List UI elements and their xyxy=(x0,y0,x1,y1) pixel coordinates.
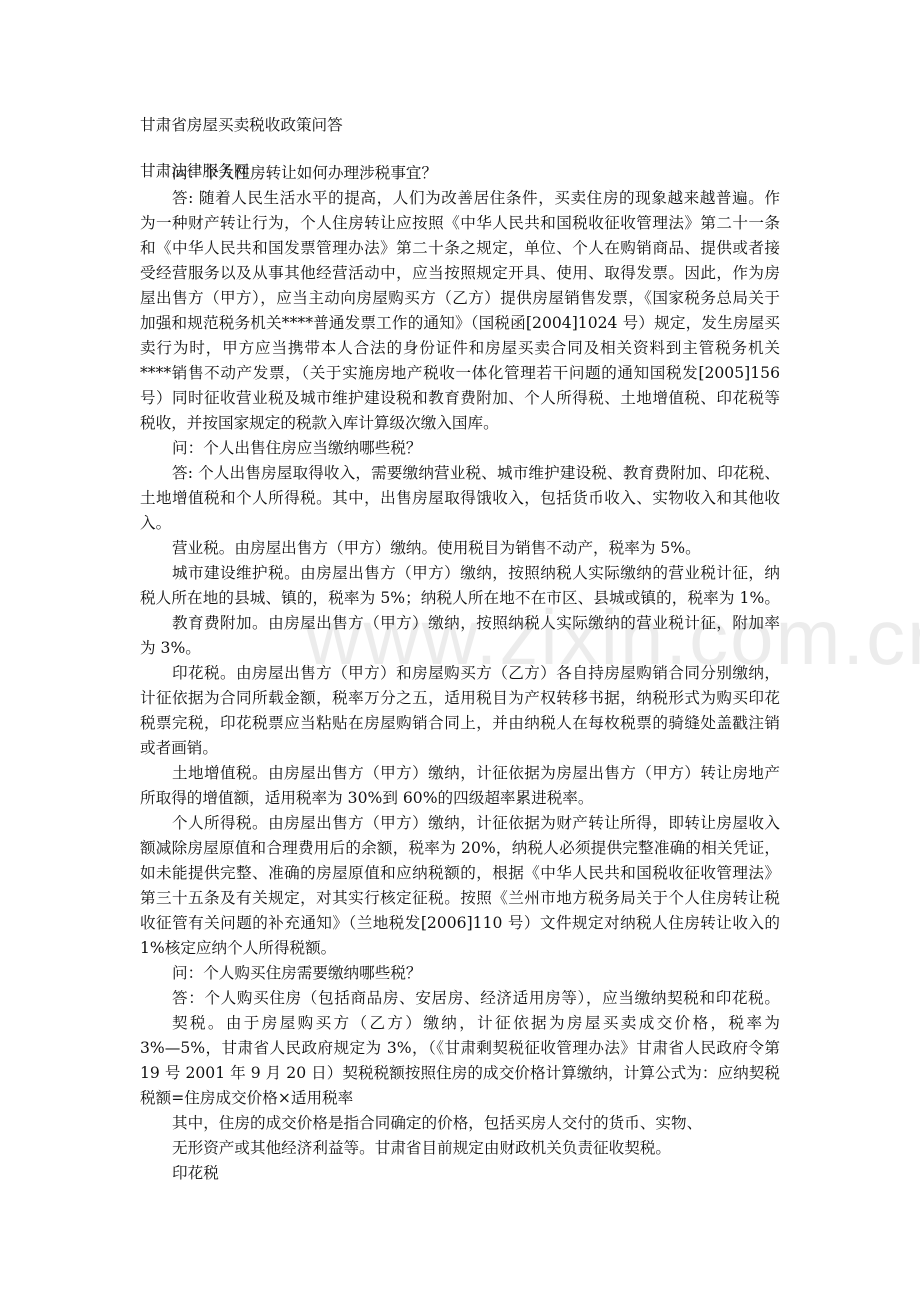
paragraph-line: 其中，住房的成交价格是指合同确定的价格，包括买房人交付的货币、实物、 xyxy=(172,1113,702,1133)
document-title: 甘肃省房屋买卖税收政策问答 xyxy=(140,115,343,135)
paragraph-line: 税票完税，印花税票应当粘贴在房屋购销合同上，并由纳税人在每枚税票的骑缝处盖戳注销 xyxy=(140,713,780,733)
paragraph-line: 契税。由于房屋购买方（乙方）缴纳，计征依据为房屋买卖成交价格，税率为 xyxy=(172,1013,780,1033)
paragraph-line: 印花税。由房屋出售方（甲方）和房屋购买方（乙方）各自持房屋购销合同分别缴纳， xyxy=(172,663,780,683)
paragraph-line: 教育费附加。由房屋出售方（甲方）缴纳，按照纳税人实际缴纳的营业税计征，附加率 xyxy=(172,613,780,633)
paragraph-line: 1%核定应纳个人所得税额。 xyxy=(140,938,336,958)
paragraph-line: 为一种财产转让行为，个人住房转让应按照《中华人民共和国税收征收管理法》第二十一条 xyxy=(140,213,780,233)
paragraph-line: 加强和规范税务机关****普通发票工作的通知》（国税函[2004]1024 号）… xyxy=(140,313,780,333)
paragraph-line: 受经营服务以及从事其他经营活动中，应当按照规定开具、使用、取得发票。因此，作为房 xyxy=(140,263,780,283)
paragraph-line: 答: 随着人民生活水平的提高，人们为改善居住条件，买卖住房的现象越来越普遍。作 xyxy=(172,188,780,208)
paragraph-line: 为 3%。 xyxy=(140,638,201,658)
paragraph-line: 城市建设维护税。由房屋出售方（甲方）缴纳，按照纳税人实际缴纳的营业税计征，纳 xyxy=(172,563,780,583)
paragraph-line: 税收，并按国家规定的税款入库计算级次缴入国库。 xyxy=(140,413,499,433)
paragraph-line: 个人所得税。由房屋出售方（甲方）缴纳，计征依据为财产转让所得，即转让房屋收入 xyxy=(172,813,780,833)
paragraph-line: ****销售不动产发票，（关于实施房地产税收一体化管理若干问题的通知国税发[20… xyxy=(140,363,780,383)
paragraph-line: 问：个人购买住房需要缴纳哪些税？ xyxy=(172,963,422,983)
paragraph-line: 额减除房屋原值和合理费用后的余额，税率为 20%，纳税人必须提供完整准确的相关凭… xyxy=(140,838,780,858)
paragraph-line: 土地增值税和个人所得税。其中，出售房屋取得饿收入，包括货币收入、实物收入和其他收 xyxy=(140,488,780,508)
paragraph-line: 屋出售方（甲方），应当主动向房屋购买方（乙方）提供房屋销售发票，《国家税务总局关… xyxy=(140,288,780,308)
paragraph-line: 答: 个人出售房屋取得收入，需要缴纳营业税、城市维护建设税、教育费附加、印花税、 xyxy=(172,463,780,483)
paragraph-line: 计征依据为合同所载金额，税率万分之五，适用税目为产权转移书据，纳税形式为购买印花 xyxy=(140,688,780,708)
paragraph-line: 第三十五条及有关规定，对其实行核定征税。按照《兰州市地方税务局关于个人住房转让税 xyxy=(140,888,780,908)
paragraph-line: 无形资产或其他经济利益等。甘肃省目前规定由财政机关负责征收契税。 xyxy=(172,1138,671,1158)
paragraph-line: 号）同时征收营业税及城市维护建设税和教育费附加、个人所得税、土地增值税、印花税等 xyxy=(140,388,780,408)
paragraph-line: 问：个人住房转让如何办理涉税事宜？ xyxy=(172,163,437,183)
paragraph-line: 税额=住房成交价格×适用税率 xyxy=(140,1088,353,1108)
paragraph-line: 3%—5%，甘肃省人民政府规定为 3%，（《甘肃剩契税征收管理办法》甘肃省人民政… xyxy=(140,1038,780,1058)
paragraph-line: 或者画销。 xyxy=(140,738,218,758)
paragraph-line: 营业税。由房屋出售方（甲方）缴纳。使用税目为销售不动产，税率为 5%。 xyxy=(172,538,701,558)
paragraph-line: 19 号 2001 年 9 月 20 日）契税税额按照住房的成交价格计算缴纳，计… xyxy=(140,1063,780,1083)
paragraph-line: 问：个人出售住房应当缴纳哪些税？ xyxy=(172,438,422,458)
paragraph-line: 入。 xyxy=(140,513,171,533)
paragraph-line: 土地增值税。由房屋出售方（甲方）缴纳，计征依据为房屋出售方（甲方）转让房地产 xyxy=(172,763,780,783)
paragraph-line: 所取得的增值额，适用税率为 30%到 60%的四级超率累进税率。 xyxy=(140,788,593,808)
document-page: www.zixin.com.cn 甘肃省房屋买卖税收政策问答 甘肃法律服务网 问… xyxy=(0,0,920,1302)
paragraph-line: 和《中华人民共和国发票管理办法》第二十条之规定，单位、个人在购销商品、提供或者接 xyxy=(140,238,780,258)
paragraph-line: 如未能提供完整、准确的房屋原值和应纳税额的，根据《中华人民共和国税收征收管理法》 xyxy=(140,863,780,883)
paragraph-line: 印花税 xyxy=(172,1163,219,1183)
paragraph-line: 卖行为时，甲方应当携带本人合法的身份证件和房屋买卖合同及相关资料到主管税务机关 xyxy=(140,338,780,358)
paragraph-line: 税人所在地的县城、镇的，税率为 5%；纳税人所在地不在市区、县城或镇的，税率为 … xyxy=(140,588,780,608)
paragraph-line: 收征管有关问题的补充通知》（兰地税发[2006]110 号）文件规定对纳税人住房… xyxy=(140,913,780,933)
paragraph-line: 答：个人购买住房（包括商品房、安居房、经济适用房等），应当缴纳契税和印花税。 xyxy=(172,988,780,1008)
